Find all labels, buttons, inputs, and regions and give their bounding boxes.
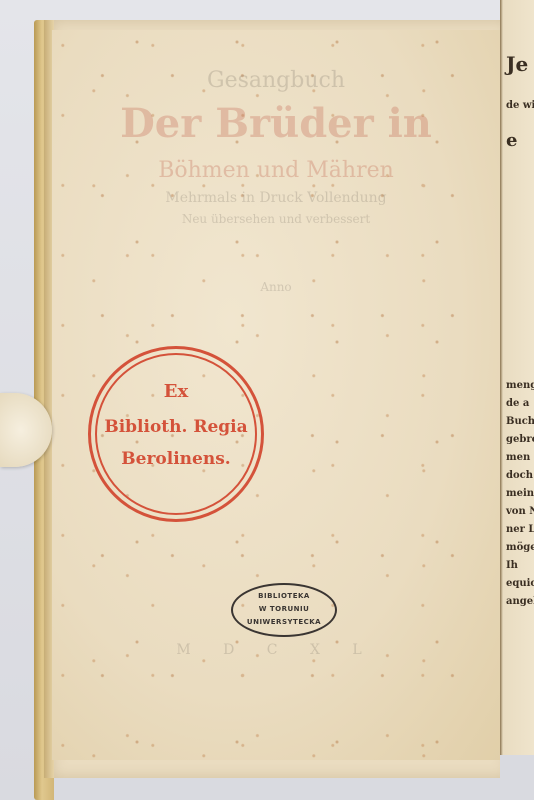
facing-text: e — [506, 130, 517, 151]
stamp-text: Biblioth. Regia — [91, 417, 261, 437]
show-through-line: Gesangbuch — [52, 68, 500, 93]
stamp-text: UNIWERSYTECKA — [233, 618, 335, 626]
facing-text: menge — [506, 380, 534, 391]
show-through-imprint: M D C X L — [52, 642, 500, 658]
facing-text: Ih — [506, 560, 518, 571]
facing-text: von N — [506, 506, 534, 517]
facing-text: Je — [506, 52, 528, 76]
facing-text: angela — [506, 596, 534, 607]
facing-text: gebro — [506, 434, 534, 445]
facing-text: doch — [506, 470, 533, 481]
show-through-line: Neu übersehen und verbessert — [52, 212, 500, 226]
facing-text: equic — [506, 578, 534, 589]
facing-text: ner La — [506, 524, 534, 535]
stamp-text: W TORUNIU — [233, 605, 335, 613]
facing-text: mein — [506, 488, 534, 499]
stamp-text: Ex — [91, 381, 261, 402]
library-stamp-torun: BIBLIOTEKA W TORUNIU UNIWERSYTECKA — [231, 583, 337, 637]
facing-text: de a — [506, 398, 529, 409]
scan-background-corner — [500, 755, 534, 800]
stamp-text: Berolinens. — [91, 449, 261, 469]
show-through-line: Mehrmals in Druck Vollendung — [52, 190, 500, 206]
library-stamp-berlin: Ex Biblioth. Regia Berolinens. — [88, 346, 264, 522]
show-through-title: Der Brüder in — [52, 100, 500, 147]
show-through-line: Anno — [52, 280, 500, 294]
facing-text: Buch — [506, 416, 534, 427]
show-through-line: Böhmen und Mähren — [52, 158, 500, 183]
stamp-text: BIBLIOTEKA — [233, 592, 335, 600]
facing-page: Je de wi e menge de a Buch gebro men doc… — [500, 0, 534, 800]
facing-text: men — [506, 452, 530, 463]
facing-text: mögen — [506, 542, 534, 553]
facing-text: de wi — [506, 100, 534, 111]
